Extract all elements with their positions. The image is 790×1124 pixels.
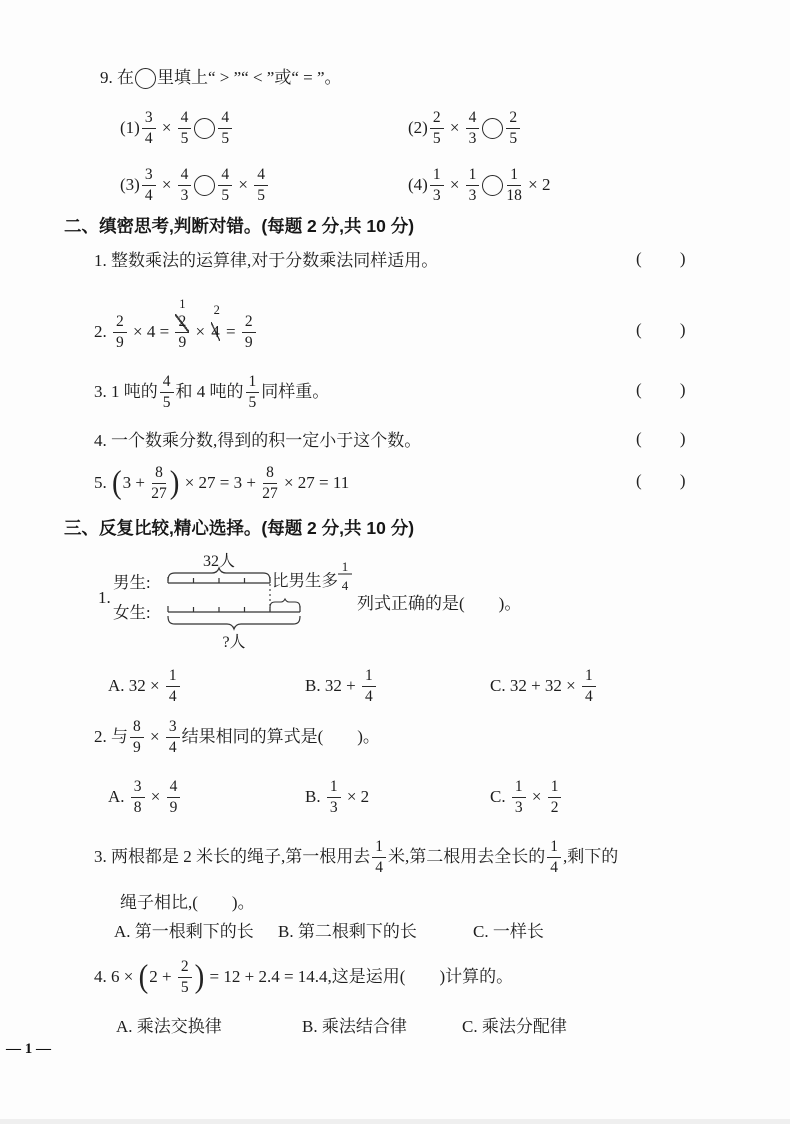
text: 乘法交换律 <box>137 1016 222 1038</box>
text: × 2 <box>343 786 370 808</box>
boys-bar <box>168 577 270 583</box>
text: 里填上“ > ”“ < ”或“ = ”。 <box>157 67 342 89</box>
q1-option-a-expression: 32 × 14 <box>129 668 182 704</box>
q9-item-1-number: (1) <box>120 117 140 139</box>
text: × 2 <box>524 174 551 196</box>
q9-number: 9. <box>100 67 117 89</box>
text: ,剩下的 <box>563 846 618 868</box>
text: 与 <box>111 726 128 748</box>
text: 乘法分配律 <box>482 1016 567 1038</box>
fraction: 29 <box>242 314 256 350</box>
q9-item-4-number: (4) <box>408 174 428 196</box>
q4-option-a-text: 乘法交换律 <box>137 1016 222 1038</box>
q3-option-a-text: 第一根剩下的长 <box>135 921 254 943</box>
fraction: 34 <box>142 167 156 203</box>
section2-item-5: 5. (3 + 827) × 27 = 3 + 827 × 27 = 11 <box>94 461 349 505</box>
section3-title: 三、反复比较,精心选择。(每题 2 分,共 10 分) <box>64 515 414 540</box>
q9-item-3-number: (3) <box>120 174 140 196</box>
q2-option-a: A. 38 × 49 <box>108 774 182 820</box>
text: = <box>222 321 240 343</box>
q3-option-b: B. 第二根剩下的长 <box>278 919 417 945</box>
text: 结果相同的算式是( )。 <box>182 726 380 748</box>
girls-count-label: ?人 <box>222 633 245 651</box>
q3-stem-line2-text: 绳子相比,( )。 <box>120 892 255 914</box>
q2-stem-expression: 与89 × 34结果相同的算式是( )。 <box>111 719 380 755</box>
q4-number: 4. <box>94 966 111 988</box>
comparison-circle-icon <box>194 118 215 139</box>
comparison-circle-icon <box>482 118 503 139</box>
q4-stem-expression: 6 × (2 + 25) = 12 + 2.4 = 14.4,这是运用( )计算… <box>111 959 513 995</box>
text: 32 + <box>325 675 360 697</box>
fraction: 45 <box>218 167 232 203</box>
q2-option-a-expression: 38 × 49 <box>129 779 183 815</box>
text: 3 + <box>123 472 150 494</box>
q9-stem-row: 9. 在里填上“ > ”“ < ”或“ = ”。 <box>100 64 342 92</box>
q3-option-a: A. 第一根剩下的长 <box>114 919 254 945</box>
q4-option-c-text: 乘法分配律 <box>482 1016 567 1038</box>
text: × 27 = 11 <box>280 472 350 494</box>
q1-option-b: B. 32 + 14 <box>305 663 378 709</box>
section2-item-2-answer-paren: ( ) <box>636 320 686 344</box>
fraction: 14 <box>166 668 180 704</box>
fraction: 827 <box>262 465 278 501</box>
fraction: 49 <box>167 779 181 815</box>
text: × <box>158 117 176 139</box>
section2-title: 二、缜密思考,判断对错。(每题 2 分,共 10 分) <box>64 213 414 238</box>
q1-option-c-label: C. <box>490 675 510 697</box>
q1-option-a: A. 32 × 14 <box>108 663 182 709</box>
q3-option-c-label: C. <box>473 921 493 943</box>
q2-option-a-label: A. <box>108 786 129 808</box>
text: 整数乘法的运算律,对于分数乘法同样适用。 <box>111 250 438 272</box>
q2-stem: 2. 与89 × 34结果相同的算式是( )。 <box>94 714 380 760</box>
q3-stem-line2: 绳子相比,( )。 <box>120 890 255 916</box>
more-than-boys-text: 比男生多 <box>272 571 338 590</box>
fraction: 13 <box>327 779 341 815</box>
more-frac-numerator: 1 <box>342 559 349 574</box>
q1-option-b-label: B. <box>305 675 325 697</box>
q4-option-b-label: B. <box>302 1016 322 1038</box>
fraction: 13 <box>430 167 444 203</box>
fraction: 14 <box>547 839 561 875</box>
fraction: 25 <box>430 110 444 146</box>
section2-item-4-answer-paren: ( ) <box>636 429 686 453</box>
fraction: 45 <box>178 110 192 146</box>
fraction: 12 <box>548 779 562 815</box>
fraction: 43 <box>178 167 192 203</box>
text: × <box>446 174 464 196</box>
text: × <box>191 321 209 343</box>
section2-item-4: 4. 一个数乘分数,得到的积一定小于这个数。 <box>94 428 421 454</box>
text: 32 + 32 × <box>510 675 580 697</box>
text: × <box>158 174 176 196</box>
text: 第二根剩下的长 <box>298 921 417 943</box>
worksheet-page: 9. 在里填上“ > ”“ < ”或“ = ”。 (1) 34 × 4545 (… <box>0 0 790 1124</box>
text: 米,第二根用去全长的 <box>388 846 545 868</box>
q1-option-c: C. 32 + 32 × 14 <box>490 663 598 709</box>
fraction: 14 <box>362 668 376 704</box>
text: = 12 + 2.4 = 14.4,这是运用( )计算的。 <box>205 966 513 988</box>
fraction: 34 <box>142 110 156 146</box>
fraction: 45 <box>218 110 232 146</box>
text: 在 <box>117 67 134 89</box>
more-frac-denominator: 4 <box>342 578 349 593</box>
text: × <box>528 786 546 808</box>
text: 2 + <box>149 966 176 988</box>
section2-item-4-expression: 一个数乘分数,得到的积一定小于这个数。 <box>111 430 421 452</box>
section2-item-5-answer-paren: ( ) <box>636 471 686 495</box>
q1-option-a-label: A. <box>108 675 129 697</box>
q9-stem-expression: 在里填上“ > ”“ < ”或“ = ”。 <box>117 67 342 89</box>
q1-option-b-expression: 32 + 14 <box>325 668 378 704</box>
text: 第一根剩下的长 <box>135 921 254 943</box>
text: × <box>147 786 165 808</box>
q9-item-2: (2) 25 × 4325 <box>408 105 522 151</box>
section2-item-4-number: 4. <box>94 430 111 452</box>
fraction: 14 <box>582 668 596 704</box>
q3-option-c: C. 一样长 <box>473 919 544 945</box>
q4-option-c: C. 乘法分配律 <box>462 1014 567 1040</box>
q9-item-1: (1) 34 × 4545 <box>120 105 234 151</box>
q3-stem: 3. 两根都是 2 米长的绳子,第一根用去14米,第二根用去全长的14,剩下的 <box>94 834 618 880</box>
q9-item-4: (4) 13 × 13118 × 2 <box>408 162 551 208</box>
section2-item-3-number: 3. <box>94 381 111 403</box>
fraction: 29 <box>113 314 127 350</box>
text: 两根都是 2 米长的绳子,第一根用去 <box>111 846 370 868</box>
text: 乘法结合律 <box>322 1016 407 1038</box>
q4-option-b-text: 乘法结合律 <box>322 1016 407 1038</box>
text: 同样重。 <box>261 381 329 403</box>
page-bottom-edge <box>0 1119 790 1124</box>
q9-item-2-number: (2) <box>408 117 428 139</box>
text: 一个数乘分数,得到的积一定小于这个数。 <box>111 430 421 452</box>
comparison-circle-icon <box>482 175 503 196</box>
section2-item-2-number: 2. <box>94 321 111 343</box>
section2-item-1-number: 1. <box>94 250 111 272</box>
q2-option-b-label: B. <box>305 786 325 808</box>
section2-item-2: 2. 29 × 4 = 291 × 42 = 29 <box>94 304 258 360</box>
section2-item-3-expression: 1 吨的45和 4 吨的15同样重。 <box>111 374 329 410</box>
q3-stem-expression: 两根都是 2 米长的绳子,第一根用去14米,第二根用去全长的14,剩下的 <box>111 839 618 875</box>
big-paren: ) <box>170 467 180 499</box>
q4-option-b: B. 乘法结合律 <box>302 1014 407 1040</box>
fraction: 38 <box>131 779 145 815</box>
girls-underbrace <box>168 616 300 629</box>
fraction: 13 <box>466 167 480 203</box>
cancelled-number: 42 <box>209 321 222 343</box>
q3-number: 3. <box>94 846 111 868</box>
q1-option-c-expression: 32 + 32 × 14 <box>510 668 598 704</box>
fraction: 13 <box>512 779 526 815</box>
fraction: 45 <box>254 167 268 203</box>
q2-option-c-expression: 13 × 12 <box>510 779 564 815</box>
section2-item-1-expression: 整数乘法的运算律,对于分数乘法同样适用。 <box>111 250 438 272</box>
text: 和 4 吨的 <box>176 381 244 403</box>
fraction: 34 <box>166 719 180 755</box>
q9-item-3-expression: 34 × 4345 × 45 <box>140 167 270 203</box>
fraction: 89 <box>130 719 144 755</box>
q4-stem: 4. 6 × (2 + 25) = 12 + 2.4 = 14.4,这是运用( … <box>94 954 513 1000</box>
fraction: 118 <box>506 167 522 203</box>
q9-item-1-expression: 34 × 4545 <box>140 110 234 146</box>
extra-part-overbrace <box>270 599 300 608</box>
section2-item-1-answer-paren: ( ) <box>636 249 686 273</box>
text: × <box>146 726 164 748</box>
fraction: 25 <box>178 959 192 995</box>
section2-item-5-expression: (3 + 827) × 27 = 3 + 827 × 27 = 11 <box>111 465 349 501</box>
q1-prompt-text: 列式正确的是( )。 <box>357 593 521 615</box>
comparison-circle-icon <box>194 175 215 196</box>
q4-option-c-label: C. <box>462 1016 482 1038</box>
text: × 27 = 3 + <box>180 472 260 494</box>
fraction: 43 <box>466 110 480 146</box>
fraction: 14 <box>372 839 386 875</box>
q2-option-b: B. 13 × 2 <box>305 774 369 820</box>
q4-option-a: A. 乘法交换律 <box>116 1014 222 1040</box>
section2-item-3-answer-paren: ( ) <box>636 380 686 404</box>
section2-item-2-expression: 29 × 4 = 291 × 42 = 29 <box>111 314 258 350</box>
q3-option-a-label: A. <box>114 921 135 943</box>
text: 一样长 <box>493 921 544 943</box>
fraction: 45 <box>160 374 174 410</box>
page-number: — 1 — <box>6 1041 51 1058</box>
q3-option-b-label: B. <box>278 921 298 943</box>
q9-item-3: (3) 34 × 4345 × 45 <box>120 162 270 208</box>
girls-bar <box>168 606 300 612</box>
q2-option-c: C. 13 × 12 <box>490 774 563 820</box>
comparison-circle-icon <box>135 68 156 89</box>
q3-option-c-text: 一样长 <box>493 921 544 943</box>
q2-option-b-expression: 13 × 2 <box>325 779 369 815</box>
q9-item-4-expression: 13 × 13118 × 2 <box>428 167 551 203</box>
text: × <box>446 117 464 139</box>
text: 6 × <box>111 966 138 988</box>
q1-prompt: 列式正确的是( )。 <box>357 592 521 616</box>
section2-item-3: 3. 1 吨的45和 4 吨的15同样重。 <box>94 370 329 414</box>
text: 1 吨的 <box>111 381 158 403</box>
boys-label: 男生: <box>113 573 151 592</box>
q9-item-2-expression: 25 × 4325 <box>428 110 522 146</box>
text: × <box>234 174 252 196</box>
text: × 4 = <box>129 321 174 343</box>
big-paren: ( <box>139 961 149 993</box>
girls-label: 女生: <box>113 603 151 622</box>
section2-item-5-number: 5. <box>94 472 111 494</box>
fraction: 15 <box>246 374 260 410</box>
fraction: 827 <box>151 465 167 501</box>
big-paren: ( <box>112 467 122 499</box>
q2-number: 2. <box>94 726 111 748</box>
fraction: 291 <box>175 314 189 350</box>
fraction: 25 <box>506 110 520 146</box>
text: 32 × <box>129 675 164 697</box>
q2-option-c-label: C. <box>490 786 510 808</box>
q3-option-b-text: 第二根剩下的长 <box>298 921 417 943</box>
q4-option-a-label: A. <box>116 1016 137 1038</box>
big-paren: ) <box>195 961 205 993</box>
section2-item-1: 1. 整数乘法的运算律,对于分数乘法同样适用。 <box>94 248 438 274</box>
